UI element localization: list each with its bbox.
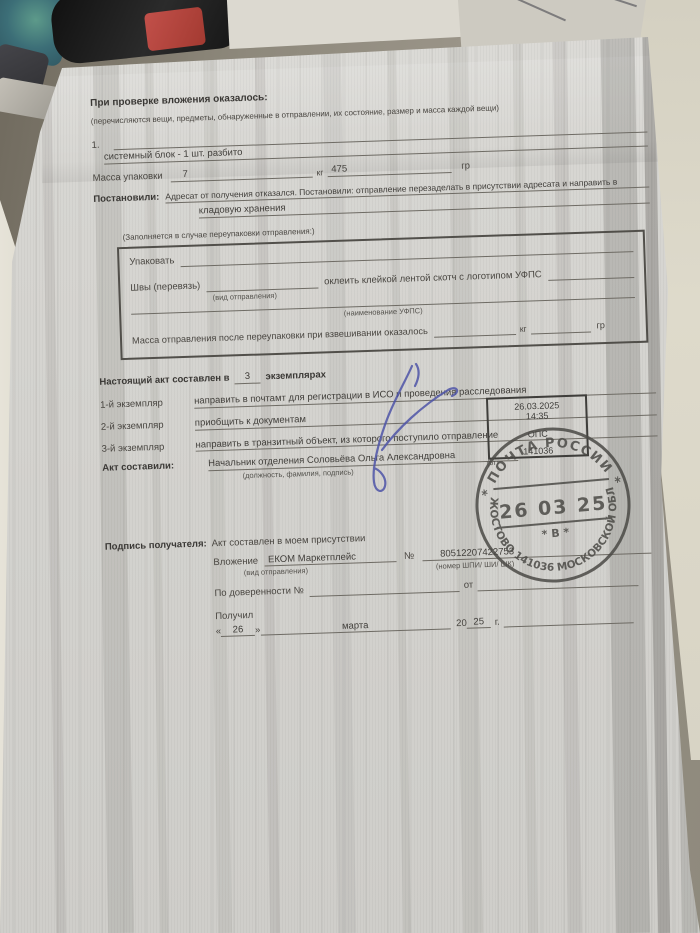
red-desk-object xyxy=(144,7,206,52)
item-number: 1. xyxy=(91,139,113,152)
mass-after-kg-blank xyxy=(434,334,516,338)
signature-stroke-flick xyxy=(382,388,457,450)
enclosure-hint: (вид отправления) xyxy=(214,566,308,578)
resolution-label: Постановили: xyxy=(93,192,165,206)
pack-blank xyxy=(181,251,634,267)
mass-gr-value: 475 xyxy=(327,160,451,177)
copy2-label: 2-й экземпляр xyxy=(101,418,195,433)
signature xyxy=(330,356,500,506)
handwriting-mark xyxy=(579,0,637,7)
signature-stroke-main xyxy=(374,366,412,491)
mass-kg-value: 7 xyxy=(170,165,312,183)
copies-made-in: Настоящий акт составлен в xyxy=(99,372,229,388)
stamp-line-top xyxy=(493,479,609,489)
day-value: 26 xyxy=(221,623,255,637)
copy1-label: 1-й экземпляр xyxy=(100,396,194,411)
handwriting-mark xyxy=(501,0,566,21)
year-century: 20 xyxy=(456,617,467,629)
stamp-center-mark: * В * xyxy=(541,526,570,541)
copies-word: экземплярах xyxy=(265,369,326,383)
number-label: № xyxy=(404,550,415,562)
copies-count: 3 xyxy=(234,370,260,384)
mass-label: Масса упаковки xyxy=(92,171,162,185)
photo-of-document: При проверке вложения оказалось: (перечи… xyxy=(0,0,700,933)
mass-after-label: Масса отправления после переупаковки при… xyxy=(132,326,428,347)
kg-label: кг xyxy=(520,324,527,335)
proxy-from-label: от xyxy=(464,579,474,591)
repack-box: Упаковать Швы (перевязь) оклеить клейкой… xyxy=(117,230,648,360)
pack-label: Упаковать xyxy=(129,255,174,268)
proxy-label: По доверенности № xyxy=(214,585,304,600)
enclosure-label: Вложение xyxy=(213,555,258,568)
mass-after-gr-blank xyxy=(531,331,591,334)
year-value: 25 xyxy=(467,616,491,630)
seams-label: Швы (перевязь) xyxy=(130,280,200,294)
copy3-label: 3-й экземпляр xyxy=(101,440,195,455)
recipient-sign-label: Подпись получателя: xyxy=(105,538,207,553)
gr-label: гр xyxy=(461,161,470,173)
kg-label: кг xyxy=(316,167,323,178)
gr-label: гр xyxy=(596,320,605,332)
recipient-sign-text: Акт составлен в моем присутствии xyxy=(212,533,366,550)
signature-stroke-top xyxy=(415,364,419,386)
year-g-label: г. xyxy=(495,616,500,628)
proxy-number-blank xyxy=(310,591,460,597)
